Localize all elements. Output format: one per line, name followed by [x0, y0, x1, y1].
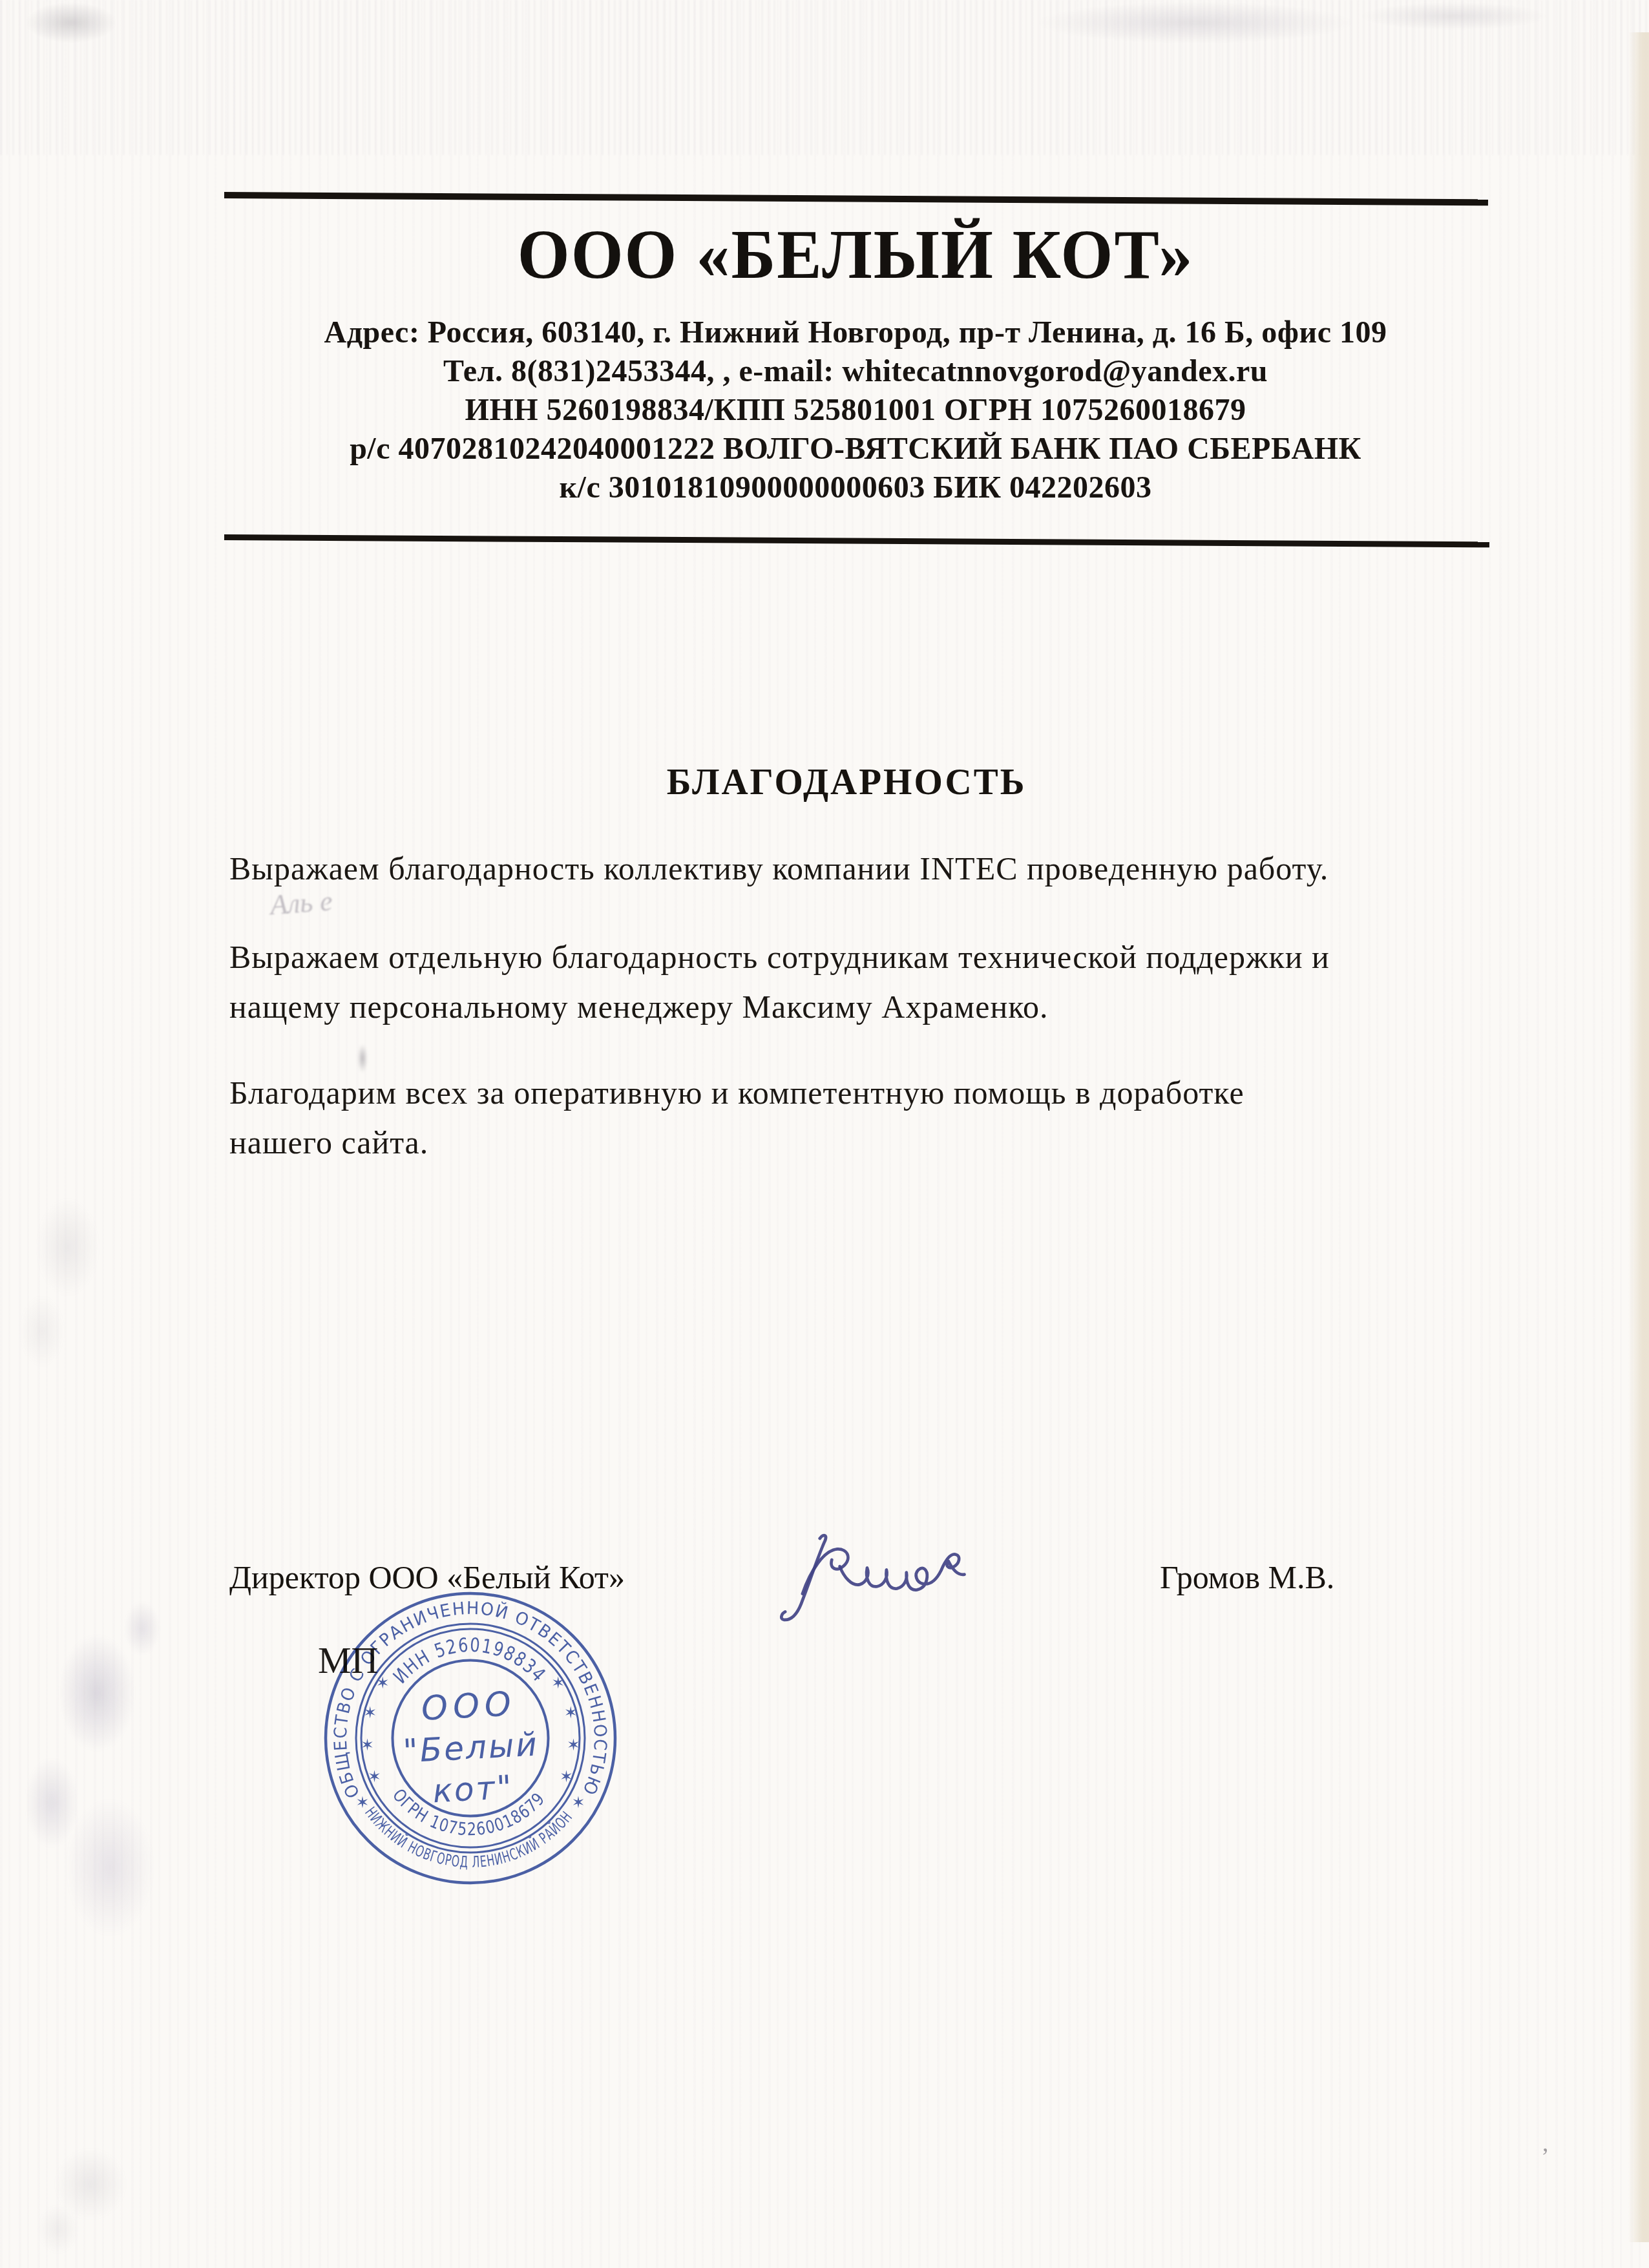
star-icon: ✶ — [363, 1703, 377, 1722]
star-icon: ✶ — [567, 1736, 580, 1754]
paragraph-line: нашего сайта. — [229, 1118, 1483, 1168]
scan-corner-mark: ’ — [1541, 2143, 1549, 2171]
star-icon: ✶ — [572, 1793, 585, 1812]
paragraph-line: Выражаем отдельную благодарность сотрудн… — [229, 932, 1483, 982]
star-icon: ✶ — [564, 1703, 578, 1722]
letter-title: БЛАГОДАРНОСТЬ — [44, 761, 1649, 803]
letterhead-details: Адрес: Россия, 603140, г. Нижний Новгоро… — [62, 313, 1649, 507]
company-round-stamp: ОБЩЕСТВО С ОГРАНИЧЕННОЙ ОТВЕТСТВЕННОСТЬЮ… — [323, 1591, 618, 1885]
address-line: Адрес: Россия, 603140, г. Нижний Новгоро… — [62, 313, 1649, 352]
star-icon: ✶ — [376, 1674, 390, 1692]
stamp-center-line-2: "Белый — [402, 1726, 540, 1770]
paragraph-line: Благодарим всех за оперативную и компете… — [229, 1068, 1483, 1118]
star-icon: ✶ — [368, 1767, 381, 1786]
star-icon: ✶ — [355, 1793, 369, 1812]
paragraph-3: Благодарим всех за оперативную и компете… — [229, 1068, 1483, 1168]
corr-account-line: к/с 30101810900000000603 БИК 042202603 — [62, 468, 1649, 507]
scan-noise-stamp-area — [13, 1590, 194, 1951]
phone-email-line: Тел. 8(831)2453344, , e-mail: whitecatnn… — [62, 352, 1649, 391]
scan-noise-bottom-left — [19, 2113, 162, 2262]
paragraph-line: нащему персональному менеджеру Максиму А… — [229, 982, 1483, 1032]
stamp-center-line-1: ООО — [421, 1685, 518, 1728]
letterhead-rule-bottom — [224, 534, 1489, 547]
scanned-letter-page: { "header": { "company_name": "ООО «БЕЛЫ… — [0, 0, 1649, 2268]
stamp-center-line-3: кот" — [432, 1769, 514, 1810]
bank-account-line: р/с 40702810242040001222 ВОЛГО-ВЯТСКИЙ Б… — [62, 430, 1649, 468]
paragraph-line: Выражаем благодарность коллективу компан… — [229, 844, 1483, 894]
director-signature — [761, 1524, 974, 1640]
star-icon: ✶ — [361, 1736, 374, 1754]
star-icon: ✶ — [560, 1767, 573, 1786]
letterhead-rule-top — [224, 192, 1488, 205]
paragraph-1: Выражаем благодарность коллективу компан… — [229, 844, 1483, 894]
star-icon: ✶ — [551, 1674, 565, 1692]
scan-noise-left — [10, 1182, 139, 1389]
stamp-center-text: ООО "Белый кот" — [400, 1684, 541, 1812]
director-name: Громов М.В. — [1160, 1559, 1334, 1596]
scan-noise-top — [0, 0, 1649, 155]
inn-kpp-ogrn-line: ИНН 5260198834/КПП 525801001 ОГРН 107526… — [62, 391, 1649, 430]
company-name: ООО «БЕЛЫЙ КОТ» — [62, 209, 1649, 301]
paragraph-2: Выражаем отдельную благодарность сотрудн… — [229, 932, 1483, 1032]
letterhead: ООО «БЕЛЫЙ КОТ» Адрес: Россия, 603140, г… — [62, 211, 1649, 507]
